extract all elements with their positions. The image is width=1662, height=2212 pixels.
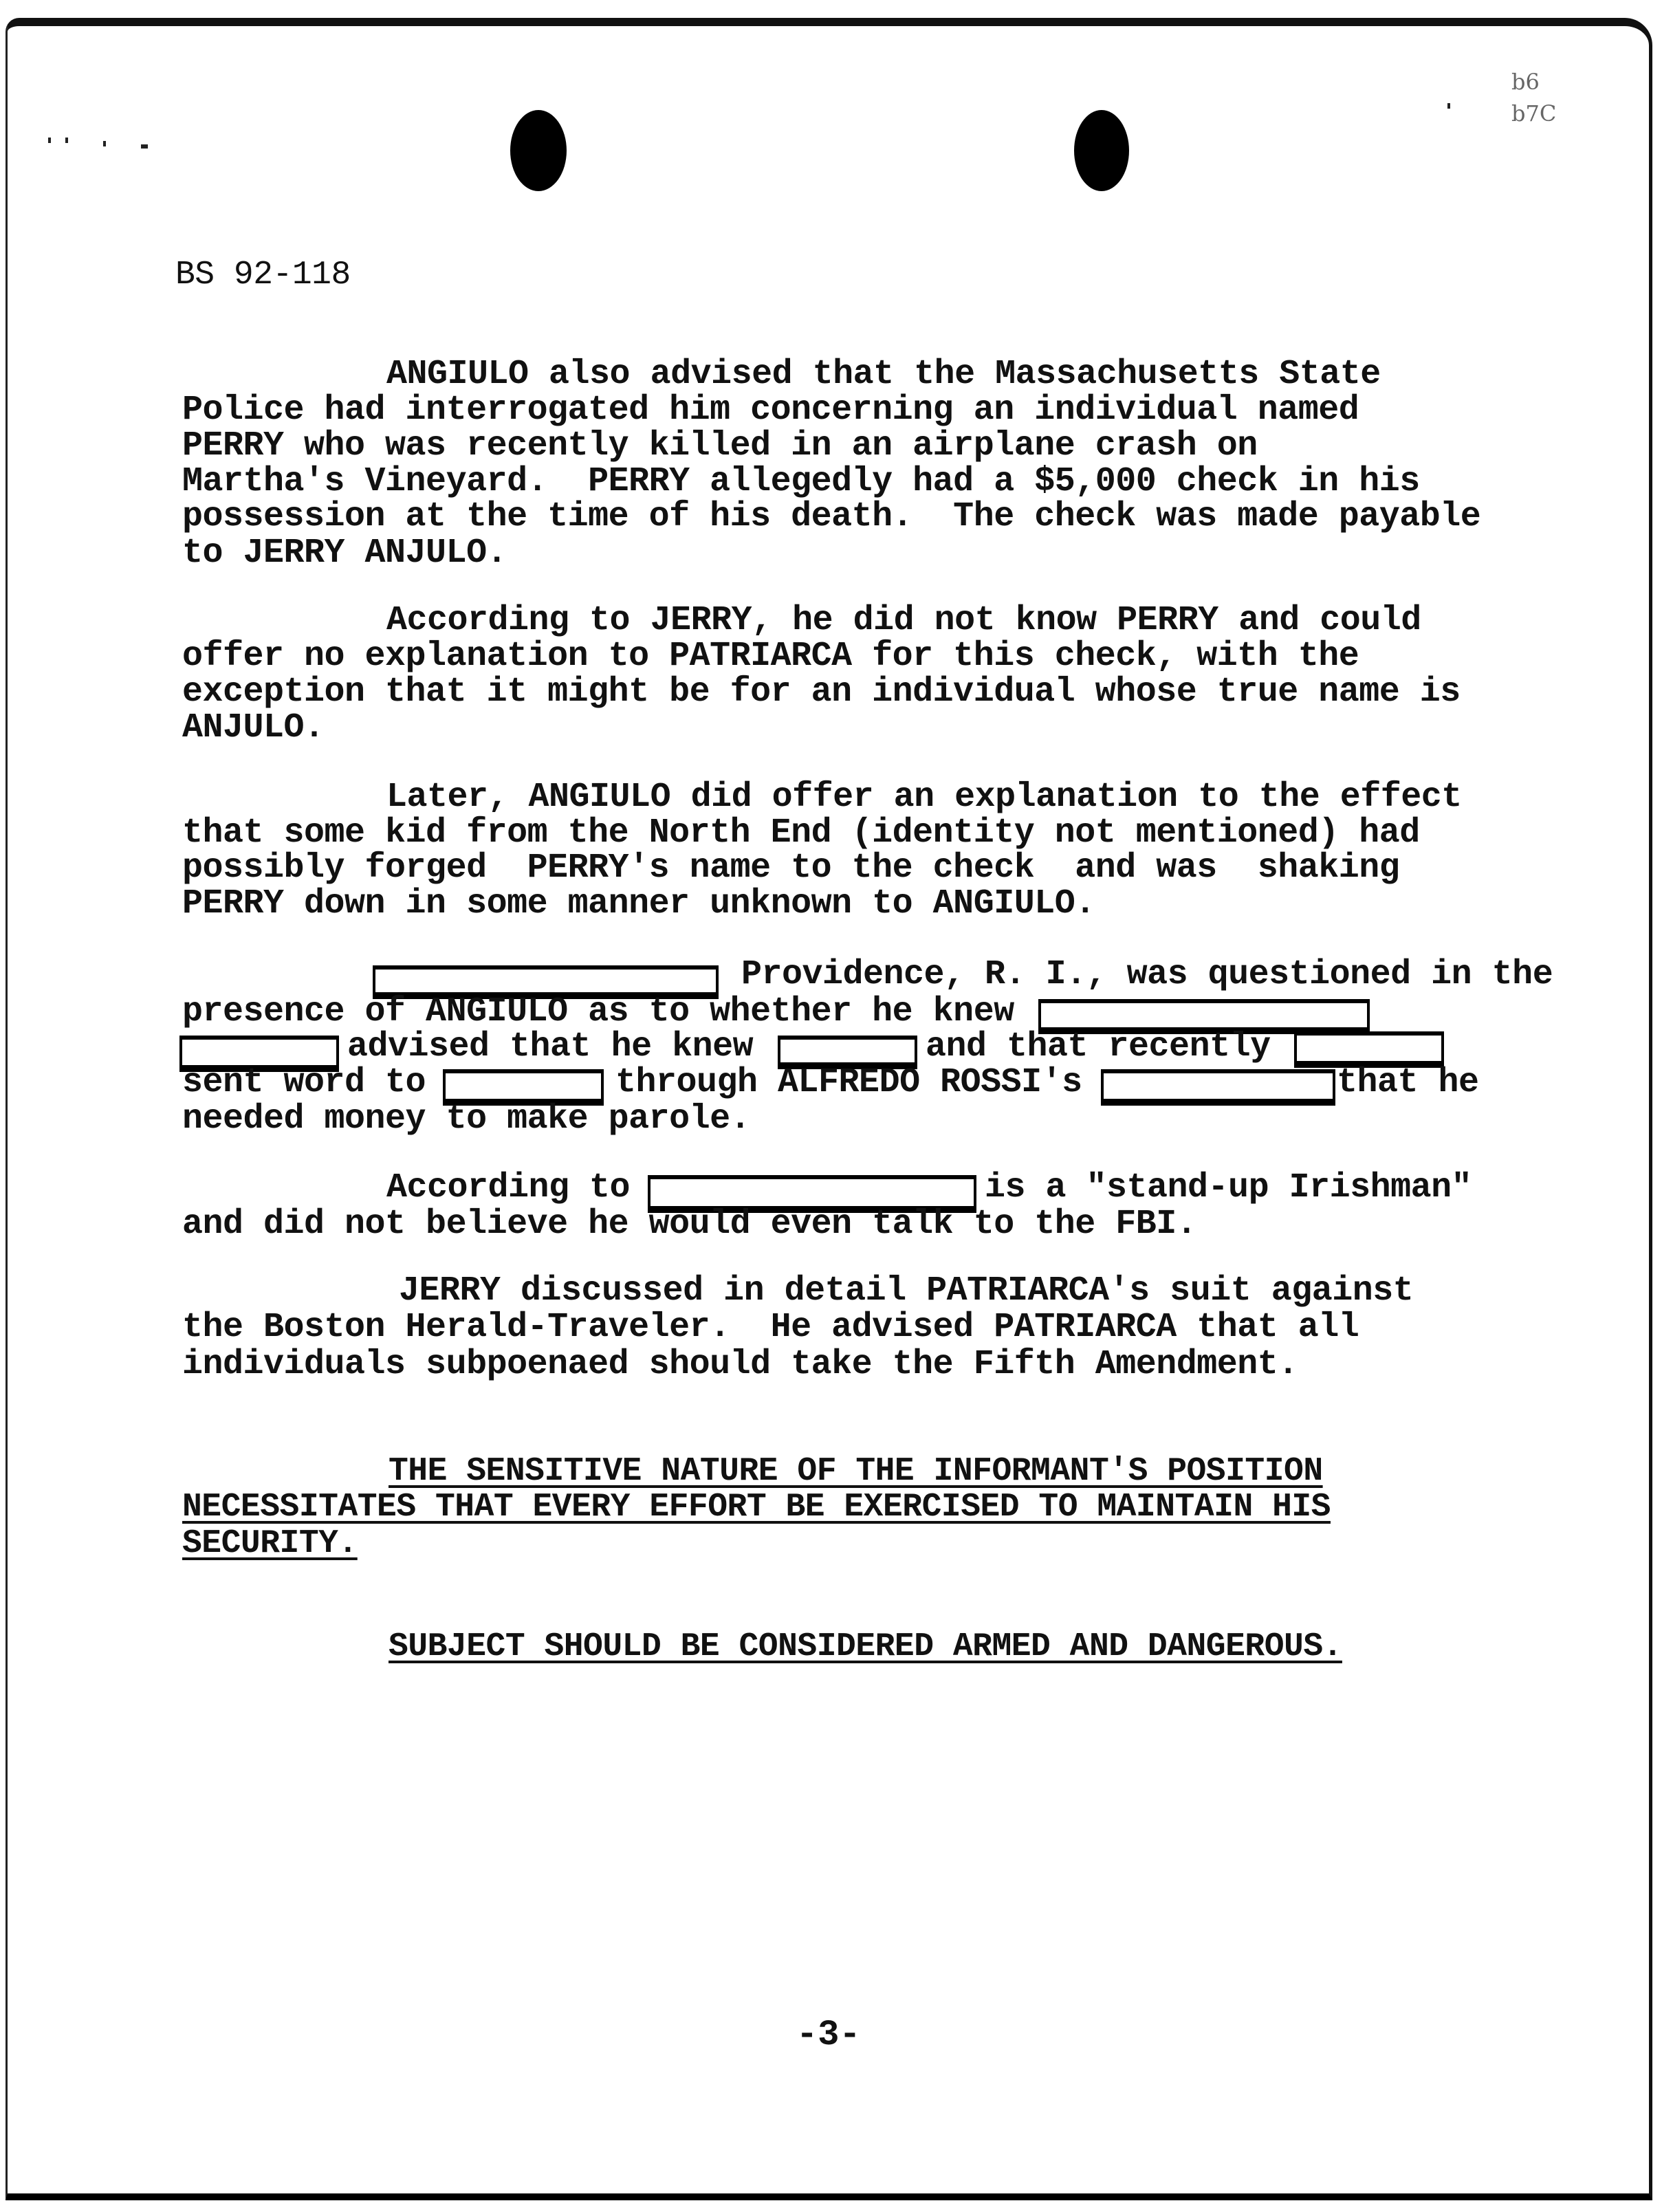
paragraph-1-line-3: PERRY who was recently killed in an airp… [182, 429, 1258, 463]
scan-speck [65, 138, 68, 143]
scan-speck [141, 144, 148, 149]
scan-speck [103, 141, 106, 146]
paragraph-1-line-1: ANGIULO also advised that the Massachuse… [386, 358, 1381, 392]
hole-punch-left [510, 110, 567, 191]
paragraph-2-line-4: ANJULO. [182, 711, 325, 745]
armed-dangerous-warning: SUBJECT SHOULD BE CONSIDERED ARMED AND D… [389, 1630, 1342, 1664]
scan-speck [48, 138, 51, 143]
paragraph-3-line-3: possibly forged PERRY's name to the chec… [182, 851, 1399, 886]
security-notice-line-1: THE SENSITIVE NATURE OF THE INFORMANT'S … [389, 1454, 1323, 1489]
paragraph-5-line-1a: According to [386, 1171, 630, 1205]
scan-speck [1447, 103, 1450, 109]
paragraph-6-line-1: JERRY discussed in detail PATRIARCA's su… [399, 1274, 1413, 1308]
paragraph-4-line-1: Providence, R. I., was questioned in the [741, 958, 1553, 992]
exemption-code-b6: b6 [1511, 69, 1540, 95]
paragraph-1-line-6: to JERRY ANJULO. [182, 536, 507, 571]
paragraph-5-line-1b: is a "stand-up Irishman" [985, 1171, 1472, 1205]
paragraph-4-line-4c: that he [1337, 1066, 1479, 1100]
hole-punch-right [1074, 110, 1129, 191]
file-number: BS 92-118 [175, 258, 351, 292]
paragraph-3-line-1: Later, ANGIULO did offer an explanation … [386, 780, 1462, 815]
paragraph-6-line-3: individuals subpoenaed should take the F… [182, 1348, 1298, 1382]
paragraph-2-line-1: According to JERRY, he did not know PERR… [386, 604, 1421, 638]
security-notice-line-3: SECURITY. [182, 1526, 358, 1561]
paragraph-4-line-3b: and that recently [926, 1030, 1271, 1064]
paragraph-3-line-2: that some kid from the North End (identi… [182, 816, 1420, 851]
page-number: -3- [796, 2015, 861, 2055]
paragraph-2-line-3: exception that it might be for an indivi… [182, 675, 1461, 710]
paragraph-3-line-4: PERRY down in some manner unknown to ANG… [182, 887, 1095, 921]
paragraph-4-line-5: needed money to make parole. [182, 1102, 750, 1137]
security-notice-line-2: NECESSITATES THAT EVERY EFFORT BE EXERCI… [182, 1490, 1331, 1524]
paragraph-5-line-2: and did not believe he would even talk t… [182, 1207, 1196, 1242]
paragraph-1-line-5: possession at the time of his death. The… [182, 500, 1480, 534]
paragraph-6-line-2: the Boston Herald-Traveler. He advised P… [182, 1311, 1359, 1345]
exemption-code-b7c: b7C [1511, 100, 1556, 127]
paragraph-4-line-4a: sent word to [182, 1066, 426, 1100]
paragraph-4-line-4b: through ALFREDO ROSSI's [615, 1066, 1082, 1100]
paragraph-4-line-3a: advised that he knew [347, 1030, 753, 1064]
paragraph-2-line-2: offer no explanation to PATRIARCA for th… [182, 639, 1359, 674]
paragraph-1-line-2: Police had interrogated him concerning a… [182, 393, 1359, 428]
paragraph-4-line-2: presence of ANGIULO as to whether he kne… [182, 995, 1014, 1029]
paragraph-1-line-4: Martha's Vineyard. PERRY allegedly had a… [182, 465, 1420, 499]
redaction-box [1101, 1069, 1335, 1106]
